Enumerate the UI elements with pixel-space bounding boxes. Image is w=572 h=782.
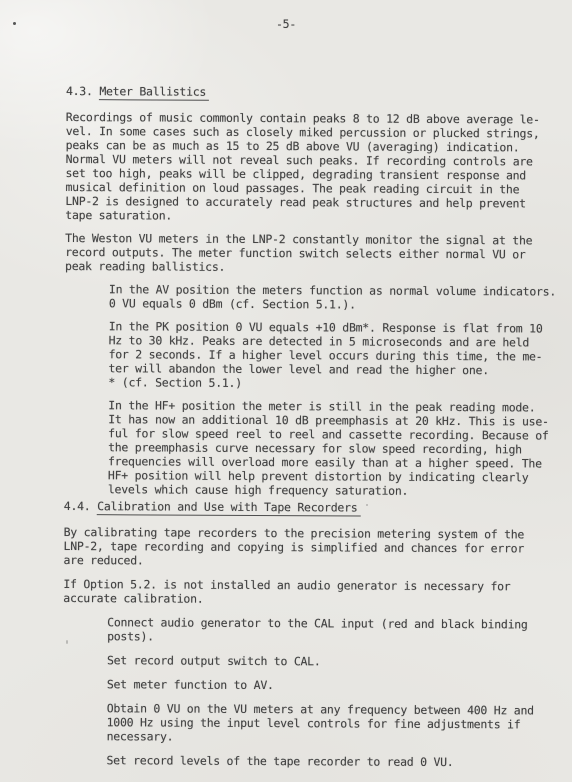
paragraph-if-option: If Option 5.2. is not installed an audio…	[63, 577, 559, 608]
page-content: 4.3.Meter Ballistics Recordings of music…	[62, 84, 562, 780]
page-number: -5-	[0, 17, 572, 31]
step-connect-audio-generator: Connect audio generator to the CAL input…	[107, 615, 559, 645]
section-title: Meter Ballistics	[99, 84, 209, 101]
section-heading: 4.4.Calibration and Use with Tape Record…	[64, 499, 560, 518]
paragraph-hf-plus-position: In the HF+ position the meter is still i…	[108, 398, 561, 498]
step-set-record-output: Set record output switch to CAL.	[107, 653, 559, 669]
section-4-3: 4.3.Meter Ballistics Recordings of music…	[64, 84, 562, 499]
paragraph-pk-position: In the PK position 0 VU equals +10 dBm*.…	[108, 319, 560, 391]
section-title: Calibration and Use with Tape Recorders	[97, 499, 360, 516]
paragraph-recordings-peaks: Recordings of music commonly contain pea…	[65, 110, 562, 225]
step-set-record-levels: Set record levels of the tape recorder t…	[106, 753, 558, 769]
step-set-meter-function: Set meter function to AV.	[107, 677, 559, 693]
step-obtain-0-vu: Obtain 0 VU on the VU meters at any freq…	[107, 701, 559, 745]
section-number: 4.4.	[64, 499, 97, 513]
section-number: 4.3.	[66, 84, 99, 98]
scanned-page: -5- 4.3.Meter Ballistics Recordings of m…	[0, 0, 572, 782]
section-heading: 4.3.Meter Ballistics	[66, 84, 562, 103]
section-4-4: 4.4.Calibration and Use with Tape Record…	[62, 499, 559, 770]
paragraph-by-calibrating: By calibrating tape recorders to the pre…	[63, 525, 559, 570]
paragraph-av-position: In the AV position the meters function a…	[109, 282, 561, 312]
paragraph-weston-vu-meters: The Weston VU meters in the LNP-2 consta…	[65, 231, 561, 276]
